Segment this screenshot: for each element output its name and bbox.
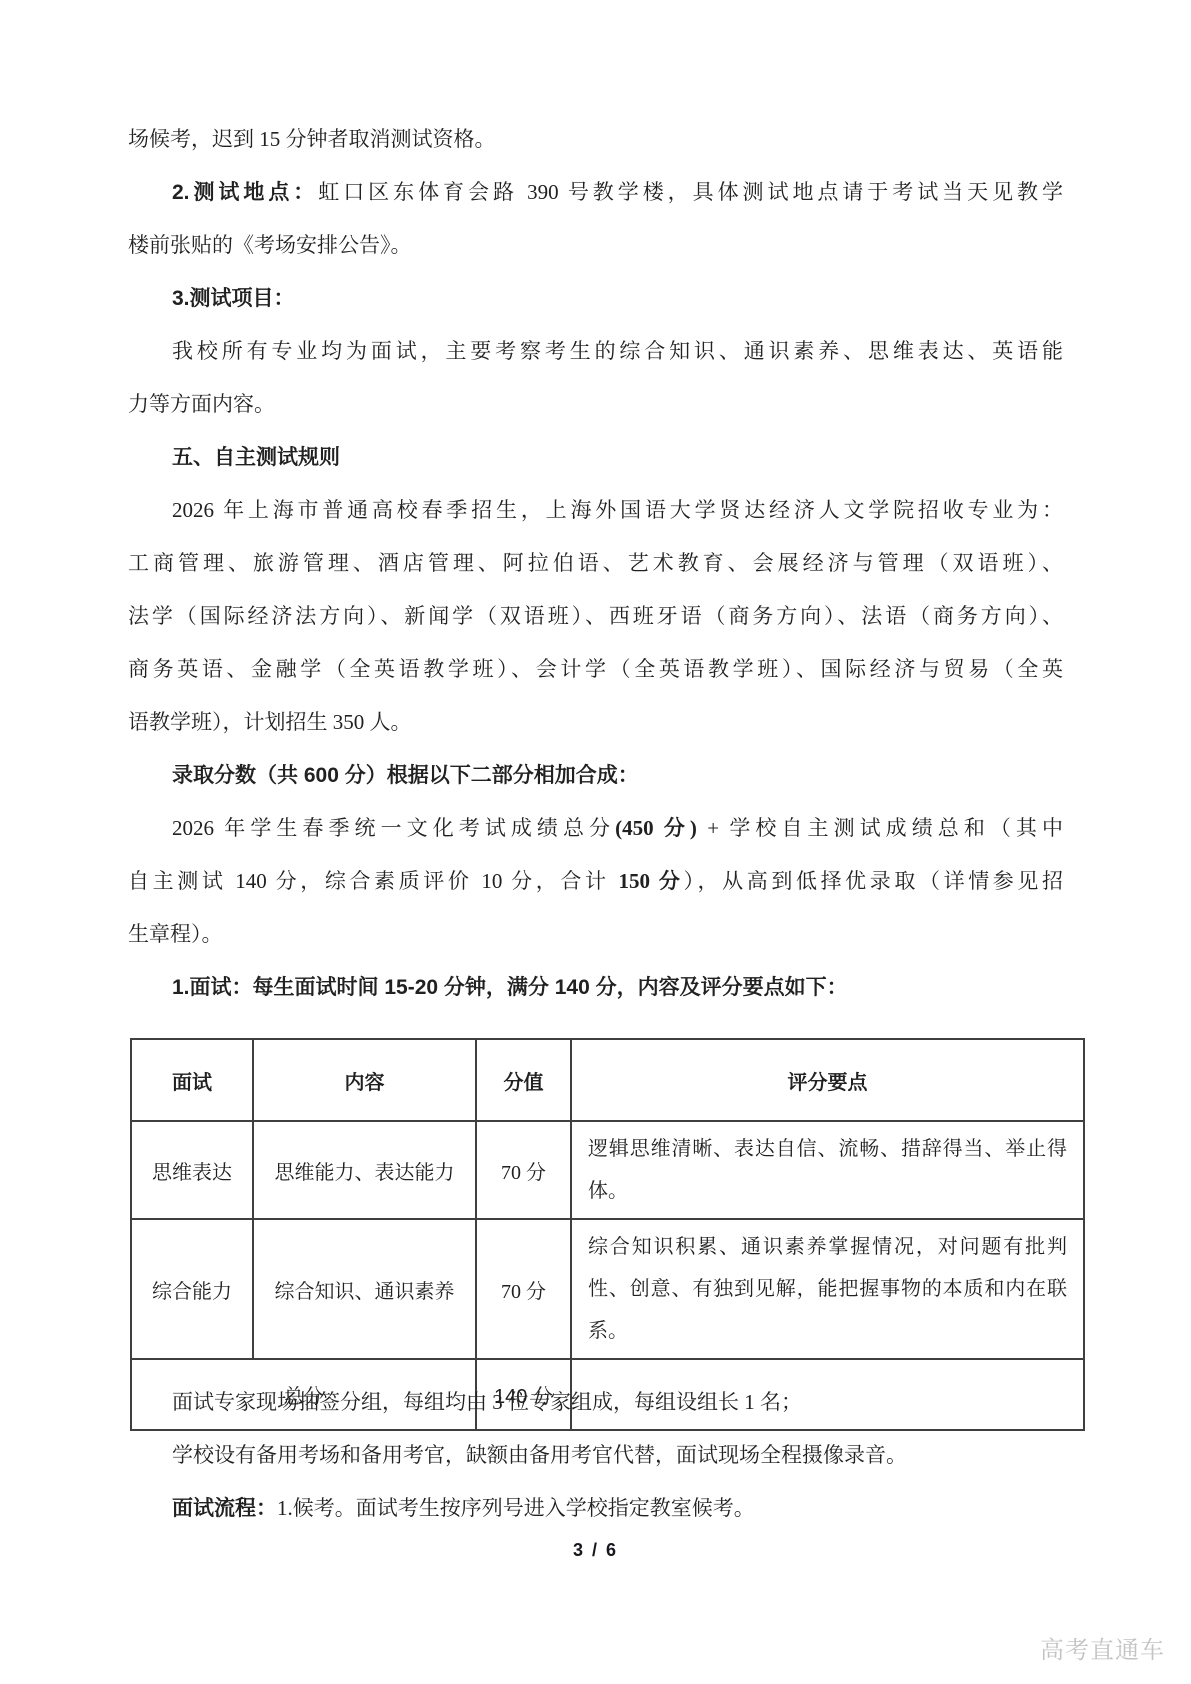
paragraph-line: 录取分数（共 600 分）根据以下二部分相加合成：	[128, 749, 1063, 802]
paragraph-line: 2.测试地点：虹口区东体育会路 390 号教学楼，具体测试地点请于考试当天见教学	[128, 166, 1063, 219]
paragraph-line: 3.测试项目：	[128, 272, 1063, 325]
heading-text: 五、自主测试规则	[172, 446, 340, 469]
paragraph-line: 自主测试 140 分，综合素质评价 10 分，合计 150 分），从高到低择优录…	[128, 855, 1063, 908]
table-cell-content: 思维能力、表达能力	[253, 1121, 476, 1219]
table-row: 综合能力 综合知识、通识素养 70 分 综合知识积累、通识素养掌握情况，对问题有…	[131, 1219, 1084, 1359]
table-cell-category: 综合能力	[131, 1219, 253, 1359]
watermark: 高考直通车	[1040, 1630, 1165, 1665]
paragraph-line: 面试专家现场抽签分组，每组均由 3 位专家组成，每组设组长 1 名；	[128, 1376, 1063, 1429]
paragraph-line: 场候考，迟到 15 分钟者取消测试资格。	[128, 113, 1063, 166]
paragraph-line: 面试流程：1.候考。面试考生按序列号进入学校指定教室候考。	[128, 1482, 1063, 1535]
body-text: 2026 年上海市普通高校春季招生，上海外国语大学贤达经济人文学院招收专业为：	[172, 498, 1063, 522]
paragraph-line: 力等方面内容。	[128, 378, 1063, 431]
body-text-block: 场候考，迟到 15 分钟者取消测试资格。 2.测试地点：虹口区东体育会路 390…	[128, 113, 1063, 1014]
paragraph-line: 商务英语、金融学（全英语教学班）、会计学（全英语教学班）、国际经济与贸易（全英	[128, 643, 1063, 696]
body-text: ），从高到低择优录取（详情参见招	[683, 869, 1063, 893]
body-text: 自主测试 140 分，综合素质评价 10 分，合计	[128, 869, 618, 893]
paragraph-line: 语教学班），计划招生 350 人。	[128, 696, 1063, 749]
paragraph-line: 2026 年学生春季统一文化考试成绩总分(450 分) + 学校自主测试成绩总和…	[128, 802, 1063, 855]
body-text: 工商管理、旅游管理、酒店管理、阿拉伯语、艺术教育、会展经济与管理（双语班）、	[128, 551, 1063, 575]
table-header-score: 分值	[476, 1039, 571, 1121]
body-text: 楼前张贴的《考场安排公告》。	[128, 233, 412, 257]
table-cell-score: 70 分	[476, 1219, 571, 1359]
body-text: 商务英语、金融学（全英语教学班）、会计学（全英语教学班）、国际经济与贸易（全英	[128, 657, 1063, 681]
body-text: + 学校自主测试成绩总和（其中	[697, 816, 1063, 840]
body-text: 力等方面内容。	[128, 392, 275, 416]
paragraph-line: 工商管理、旅游管理、酒店管理、阿拉伯语、艺术教育、会展经济与管理（双语班）、	[128, 537, 1063, 590]
interview-scoring-table: 面试 内容 分值 评分要点 思维表达 思维能力、表达能力 70 分 逻辑思维清晰…	[130, 1038, 1085, 1431]
bold-label: 2.测试地点：	[172, 181, 318, 204]
page-number: 3 / 6	[0, 1540, 1191, 1561]
body-text: 法学（国际经济法方向）、新闻学（双语班）、西班牙语（商务方向）、法语（商务方向）…	[128, 604, 1063, 628]
paragraph-line: 学校设有备用考场和备用考官，缺额由备用考官代替，面试现场全程摄像录音。	[128, 1429, 1063, 1482]
body-text: 2026 年学生春季统一文化考试成绩总分	[172, 816, 615, 840]
document-page: 场候考，迟到 15 分钟者取消测试资格。 2.测试地点：虹口区东体育会路 390…	[0, 0, 1191, 1684]
body-text: 学校设有备用考场和备用考官，缺额由备用考官代替，面试现场全程摄像录音。	[172, 1443, 907, 1467]
body-text: 场候考，迟到 15 分钟者取消测试资格。	[128, 127, 496, 151]
paragraph-line: 法学（国际经济法方向）、新闻学（双语班）、西班牙语（商务方向）、法语（商务方向）…	[128, 590, 1063, 643]
bold-label: 1.面试：每生面试时间 15-20 分钟，满分 140 分，内容及评分要点如下：	[172, 976, 848, 999]
paragraph-line: 生章程）。	[128, 908, 1063, 961]
table-header-content: 内容	[253, 1039, 476, 1121]
table-header-criteria: 评分要点	[571, 1039, 1084, 1121]
table-header-interview: 面试	[131, 1039, 253, 1121]
bold-label: 面试流程：	[172, 1497, 277, 1520]
bold-text: (450 分)	[615, 816, 697, 840]
tail-text-block: 面试专家现场抽签分组，每组均由 3 位专家组成，每组设组长 1 名； 学校设有备…	[128, 1376, 1063, 1535]
table-row: 思维表达 思维能力、表达能力 70 分 逻辑思维清晰、表达自信、流畅、措辞得当、…	[131, 1121, 1084, 1219]
body-text: 1.候考。面试考生按序列号进入学校指定教室候考。	[277, 1496, 755, 1520]
body-text: 我校所有专业均为面试，主要考察考生的综合知识、通识素养、思维表达、英语能	[172, 339, 1063, 363]
bold-label: 录取分数（共 600 分）根据以下二部分相加合成：	[172, 764, 639, 787]
table-cell-criteria: 逻辑思维清晰、表达自信、流畅、措辞得当、举止得体。	[571, 1121, 1084, 1219]
bold-label: 3.测试项目：	[172, 287, 295, 310]
bold-text: 150 分	[618, 869, 683, 893]
table-header-row: 面试 内容 分值 评分要点	[131, 1039, 1084, 1121]
body-text: 面试专家现场抽签分组，每组均由 3 位专家组成，每组设组长 1 名；	[172, 1390, 802, 1414]
paragraph-line: 2026 年上海市普通高校春季招生，上海外国语大学贤达经济人文学院招收专业为：	[128, 484, 1063, 537]
table-cell-criteria: 综合知识积累、通识素养掌握情况，对问题有批判性、创意、有独到见解，能把握事物的本…	[571, 1219, 1084, 1359]
section-heading: 五、自主测试规则	[128, 431, 1063, 484]
table-cell-category: 思维表达	[131, 1121, 253, 1219]
paragraph-line: 楼前张贴的《考场安排公告》。	[128, 219, 1063, 272]
body-text: 生章程）。	[128, 922, 223, 946]
paragraph-line: 我校所有专业均为面试，主要考察考生的综合知识、通识素养、思维表达、英语能	[128, 325, 1063, 378]
body-text: 语教学班），计划招生 350 人。	[128, 710, 412, 734]
body-text: 虹口区东体育会路 390 号教学楼，具体测试地点请于考试当天见教学	[318, 180, 1063, 204]
table-cell-content: 综合知识、通识素养	[253, 1219, 476, 1359]
paragraph-line: 1.面试：每生面试时间 15-20 分钟，满分 140 分，内容及评分要点如下：	[128, 961, 1063, 1014]
table-cell-score: 70 分	[476, 1121, 571, 1219]
